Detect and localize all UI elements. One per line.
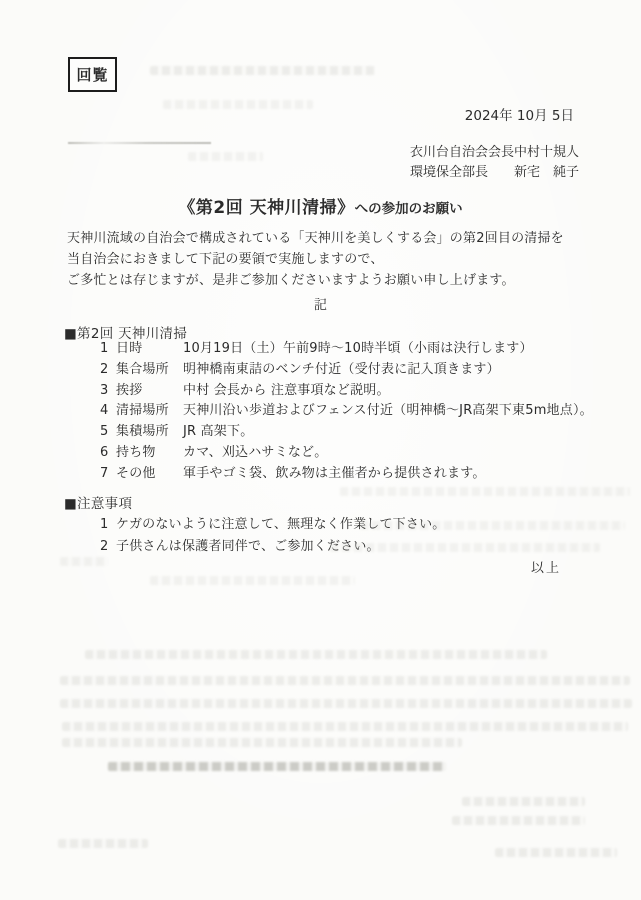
cleanup-items-list: 1日時10月19日（土）午前9時〜10時半頃（小雨は決行します） 2集合場所明神… — [100, 339, 593, 485]
title-main: 《第2回 天神川清掃》 — [178, 198, 354, 218]
item-value: 中村 会長から 注意事項など説明。 — [183, 383, 390, 398]
sender-name: 中村十規人 — [514, 145, 579, 160]
item-number: 3 — [100, 381, 116, 402]
body-line: 天神川流域の自治会で構成されている「天神川を美しくする会」の第2回目の清掃を — [67, 228, 564, 249]
sender-line: 環境保全部長新宅 純子 — [410, 163, 579, 183]
bleed-through-text — [108, 762, 446, 771]
item-label: 集積場所 — [116, 422, 183, 443]
bleed-through-text — [150, 576, 355, 585]
item-label: 持ち物 — [116, 443, 183, 464]
title-sub: への参加のお願い — [355, 201, 463, 217]
item-value: 明神橋南東詰のベンチ付近（受付表に記入頂きます） — [183, 362, 500, 377]
item-label: 集合場所 — [116, 360, 183, 381]
list-item: 4清掃場所天神川沿い歩道およびフェンス付近（明神橋〜JR高架下東5m地点）。 — [100, 401, 593, 422]
item-number: 1 — [100, 339, 116, 360]
item-label: その他 — [116, 464, 183, 485]
sender-role: 環境保全部長 — [410, 163, 514, 183]
circulation-stamp-box: 回覧 — [68, 57, 117, 92]
sender-role: 衣川台自治会会長 — [410, 143, 514, 163]
bleed-through-text — [58, 839, 148, 848]
list-item: 5集積場所JR 高架下。 — [100, 422, 593, 443]
list-item: 1日時10月19日（土）午前9時〜10時半頃（小雨は決行します） — [100, 339, 593, 360]
item-number: 4 — [100, 401, 116, 422]
bleed-through-text — [360, 521, 625, 530]
bleed-through-text — [60, 699, 632, 708]
body-paragraph: 天神川流域の自治会で構成されている「天神川を美しくする会」の第2回目の清掃を 当… — [67, 228, 564, 291]
item-value: 天神川沿い歩道およびフェンス付近（明神橋〜JR高架下東5m地点）。 — [183, 403, 593, 418]
bleed-through-text — [62, 722, 628, 731]
bleed-through-text — [60, 676, 630, 685]
bleed-through-text — [85, 650, 547, 659]
item-number: 5 — [100, 422, 116, 443]
bleed-through-text — [150, 66, 375, 75]
document-title: 《第2回 天神川清掃》への参加のお願い — [0, 193, 641, 218]
scanned-document-page: 回覧 2024年 10月 5日 衣川台自治会会長中村十規人 環境保全部長新宅 純… — [0, 0, 641, 900]
item-label: 挨拶 — [116, 381, 183, 402]
sender-line: 衣川台自治会会長中村十規人 — [410, 143, 579, 163]
list-item: 6持ち物カマ、刈込ハサミなど。 — [100, 443, 593, 464]
bleed-through-text — [462, 797, 585, 806]
bleed-through-rule — [68, 142, 211, 144]
body-line: ご多忙とは存じますが、是非ご参加くださいますようお願い申し上げます。 — [67, 270, 564, 291]
item-number: 1 — [100, 514, 116, 536]
item-value: JR 高架下。 — [183, 424, 253, 439]
bleed-through-text — [330, 543, 600, 552]
item-value: 10月19日（土）午前9時〜10時半頃（小雨は決行します） — [183, 341, 533, 356]
circulation-label: 回覧 — [76, 64, 108, 85]
notes-section-heading: ■注意事項 — [64, 492, 132, 512]
body-line: 当自治会におきまして下記の要領で実施しますので、 — [67, 249, 564, 270]
bleed-through-text — [62, 738, 462, 747]
item-number: 7 — [100, 464, 116, 485]
item-value: 軍手やゴミ袋、飲み物は主催者から提供されます。 — [183, 466, 486, 481]
item-label: 日時 — [116, 339, 183, 360]
item-number: 6 — [100, 443, 116, 464]
item-number: 2 — [100, 360, 116, 381]
record-marker: 記 — [0, 294, 641, 313]
issue-date: 2024年 10月 5日 — [0, 104, 574, 124]
list-item: 3挨拶中村 会長から 注意事項など説明。 — [100, 381, 593, 402]
closing-marker: 以上 — [531, 557, 561, 576]
sender-block: 衣川台自治会会長中村十規人 環境保全部長新宅 純子 — [410, 143, 579, 183]
item-value: カマ、刈込ハサミなど。 — [183, 445, 327, 460]
bleed-through-text — [188, 152, 263, 161]
sender-name: 新宅 純子 — [514, 165, 579, 180]
bleed-through-text — [60, 557, 108, 566]
bleed-through-text — [495, 848, 617, 857]
item-number: 2 — [100, 536, 116, 558]
bleed-through-text — [340, 487, 630, 496]
list-item: 7その他軍手やゴミ袋、飲み物は主催者から提供されます。 — [100, 464, 593, 485]
list-item: 2集合場所明神橋南東詰のベンチ付近（受付表に記入頂きます） — [100, 360, 593, 381]
bleed-through-text — [452, 816, 585, 825]
item-label: 清掃場所 — [116, 401, 183, 422]
